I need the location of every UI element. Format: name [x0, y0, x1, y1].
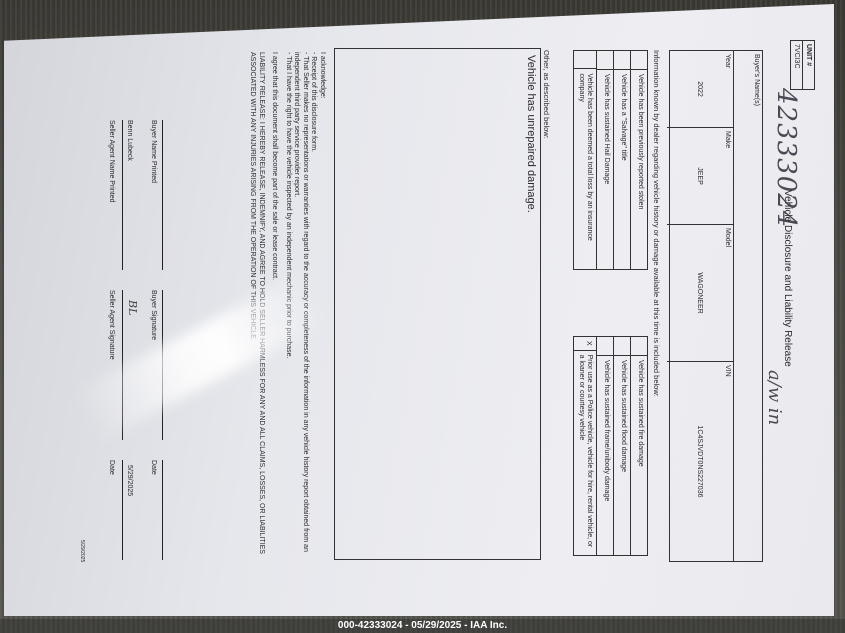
- seller-agent-name-label: Seller Agent Name Printed: [108, 120, 115, 203]
- checklist-right: Vehicle has sustained fire damage Vehicl…: [573, 336, 648, 556]
- checklist-row: XPrior use as a Police vehicle, vehicle …: [574, 337, 596, 555]
- form-title: Vehicle Disclosure and Liability Release: [782, 190, 793, 367]
- seller-agent-signature-label: Seller Agent Signature: [108, 290, 115, 360]
- year-value: 2022: [696, 51, 703, 127]
- year-label: Year: [724, 54, 731, 68]
- checkbox[interactable]: [631, 51, 647, 70]
- buyer-names-label: Buyer's Name(s): [753, 54, 760, 106]
- checkbox-checked[interactable]: X: [574, 337, 596, 351]
- buyer-signature-line: [162, 290, 163, 440]
- model-cell: Model WAGONEER: [667, 225, 733, 362]
- ack-intro: I acknowledge:: [319, 52, 326, 99]
- unit-value: 7VCI3C: [791, 41, 802, 89]
- checkbox[interactable]: [614, 51, 630, 70]
- make-value: JEEP: [696, 128, 703, 224]
- make-cell: Make JEEP: [667, 128, 733, 225]
- liability-release: LIABILITY RELEASE: I HEREBY RELEASE, IND…: [248, 52, 265, 572]
- checklist-row: Vehicle has a "Salvage" title: [613, 51, 630, 269]
- buyer-name-line: [162, 120, 163, 270]
- signature-block: Buyer Name Printed Buyer Signature Date …: [55, 120, 175, 600]
- checklist-row: Vehicle has sustained frame/unibody dama…: [596, 337, 613, 555]
- checklist-row: Vehicle has sustained Hail Damage: [596, 51, 613, 269]
- seller-date-value: 5/29/2025: [126, 465, 133, 496]
- unit-number-box: UNIT # 7VCI3C: [790, 40, 815, 90]
- seller-agent-name: Benn Lubeck: [126, 120, 133, 161]
- buyer-signature-label: Buyer Signature: [150, 290, 157, 340]
- checklist-row: Vehicle has sustained fire damage: [630, 337, 647, 555]
- buyer-date-line: [162, 460, 163, 560]
- seller-agent-name-line: [122, 120, 123, 270]
- watermark-text: 000-42333024 - 05/29/2025 - IAA Inc.: [338, 620, 507, 631]
- info-statement: Information known by dealer regarding ve…: [652, 50, 661, 397]
- unit-label: UNIT #: [802, 41, 814, 89]
- seller-date-line: [122, 460, 123, 560]
- make-label: Make: [724, 131, 731, 148]
- checklist-row: Vehicle has been previously reported sto…: [630, 51, 647, 269]
- model-value: WAGONEER: [696, 225, 703, 361]
- checkbox[interactable]: [631, 337, 647, 356]
- checkbox[interactable]: [574, 51, 596, 69]
- seller-signature-scribble: BL: [126, 300, 139, 315]
- checklist-row: Vehicle has been deemed a total loss by …: [574, 51, 596, 269]
- checkbox[interactable]: [597, 51, 613, 70]
- other-label: Other, as described below:: [542, 50, 551, 139]
- checklist-left: Vehicle has been previously reported sto…: [573, 50, 648, 270]
- ack-item: - Receipt of this disclosure form.: [311, 52, 318, 152]
- ack-item: - That I have the right to have the vehi…: [285, 52, 292, 359]
- watermark-bar: 000-42333024 - 05/29/2025 - IAA Inc.: [0, 619, 845, 633]
- handwritten-note: a/w in: [765, 370, 783, 425]
- vin-cell: VIN 1C4SJVDT0NS227036: [667, 362, 733, 561]
- model-label: Model: [724, 228, 731, 247]
- year-cell: Year 2022: [667, 51, 733, 128]
- disclosure-form: UNIT # 7VCI3C 42333024 Vehicle Disclosur…: [103, 40, 823, 580]
- other-description-text: Vehicle has unrepaired damage.: [522, 49, 540, 559]
- seller-date-label: Date: [108, 460, 115, 475]
- acknowledgement-section: I acknowledge: - Receipt of this disclos…: [243, 52, 326, 572]
- vehicle-info-box: Buyer's Name(s) Year 2022 Make JEEP Mode…: [669, 50, 763, 562]
- ack-item: - That Seller makes no representations o…: [294, 52, 310, 552]
- vin-label: VIN: [724, 365, 731, 377]
- buyer-date-label: Date: [150, 460, 157, 475]
- checkbox[interactable]: [614, 337, 630, 356]
- ack-agree: I agree that this document shall become …: [270, 52, 279, 572]
- other-description-box: Vehicle has unrepaired damage.: [334, 48, 541, 560]
- checkbox[interactable]: [597, 337, 613, 356]
- footer-date-stamp: 5/29/2025: [79, 540, 85, 562]
- checklist-row: Vehicle has sustained flood damage: [613, 337, 630, 555]
- buyer-name-printed-label: Buyer Name Printed: [150, 120, 157, 183]
- buyer-names-field: Buyer's Name(s): [733, 51, 762, 561]
- vin-value: 1C4SJVDT0NS227036: [696, 362, 703, 561]
- seller-agent-signature-line: [122, 290, 123, 440]
